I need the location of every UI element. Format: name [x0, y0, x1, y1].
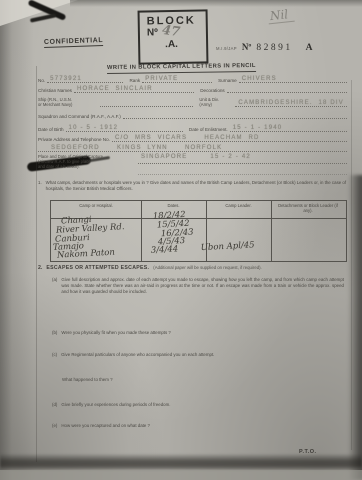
question-2d-text: Give briefly your experiences during per… [61, 402, 170, 408]
field-ship-label: Ship (R.N., U.S.N. or Merchant Navy) [38, 97, 100, 107]
field-dob-line: 10 - 5 - 1912 [66, 125, 183, 132]
field-enlist-label: Date of Enlistment. [183, 127, 230, 132]
field-unit-value: CAMBRIDGESHIRE. 18 DIV [238, 100, 344, 106]
question-2-number: 2. [38, 265, 46, 271]
row-squadron: Squadron and Command (R.A.F., A.A.F.) [38, 114, 347, 119]
question-1-number: 1. [38, 180, 46, 192]
field-capture-label: Place and Date of Original Capture (Airc… [38, 154, 138, 169]
left-fold-crease [36, 66, 37, 462]
question-2c-followup: What happened to them ? [62, 377, 344, 383]
question-1: 1. What camps, detachments or hospitals … [38, 180, 347, 192]
question-2a: (a) Give full description and approx. da… [52, 277, 344, 295]
field-decorations-label: Decorations [194, 88, 227, 93]
right-edge-shadow [348, 175, 362, 480]
field-surname-label: Surname [212, 78, 239, 83]
field-surname-line: CHIVERS [239, 76, 347, 83]
field-surname-value: CHIVERS [242, 76, 277, 82]
field-ship-line [100, 106, 193, 107]
top-edge-shadow [70, 0, 362, 7]
pencil-instruction-heading: WRITE IN BLOCK CAPITAL LETTERS IN PENCIL [107, 63, 256, 74]
question-2a-label: (a) [52, 277, 61, 295]
stamp-suffix: .A. [165, 38, 206, 50]
question-2b-label: (b) [52, 330, 61, 336]
camps-table: Camp or Hospital. Dates. Camp Leader. De… [50, 200, 347, 262]
field-no-line: 5773921 [47, 76, 123, 83]
field-squadron-line [123, 118, 347, 119]
bottom-edge-shadow [0, 454, 362, 470]
table-header-camp: Camp or Hospital. [51, 203, 141, 208]
row-ship-unit: Ship (R.N., U.S.N. or Merchant Navy) Uni… [38, 97, 347, 107]
question-2a-text: Give full description and approx. date o… [61, 277, 344, 295]
row-number-rank-surname: No. 5773921 Rank PRIVATE Surname CHIVERS [38, 76, 347, 83]
question-2c-label: (c) [52, 352, 61, 358]
question-2b: (b) Were you physically fit when you mad… [52, 330, 344, 336]
camp-date-handwritten: 3/4/44 [151, 244, 179, 255]
field-address-value-2: SEDGEFORD KINGS LYNN NORFOLK [41, 145, 222, 151]
question-2e-text: How were you recaptured and on what date… [61, 423, 150, 429]
serial-suffix: A [306, 43, 313, 53]
row-address-2: SEDGEFORD KINGS LYNN NORFOLK [38, 145, 347, 152]
field-christian-label: Christian Names [38, 88, 74, 93]
question-2-title: ESCAPES OR ATTEMPTED ESCAPES. [46, 265, 153, 271]
field-no-label: No. [38, 78, 47, 83]
camp-name-handwritten: Nakom Paton [57, 248, 115, 261]
confidential-marking: CONFIDENTIAL [44, 37, 104, 48]
field-address-label: Private Address and Telephone No. [38, 137, 112, 142]
table-header-dates: Dates. [141, 203, 206, 208]
mi9-jap-label: M.I.9/JAP [216, 46, 237, 51]
question-2e-label: (e) [52, 423, 61, 429]
pow-liberation-questionnaire: CONFIDENTIAL BLOCK Nº 47 .A. Nil M.I.9/J… [0, 0, 362, 480]
field-rank-line: PRIVATE [142, 76, 212, 83]
question-2d-label: (d) [52, 402, 61, 408]
field-capture-lines: SINGAPORE 15 - 2 - 42 [138, 154, 347, 175]
field-no-value: 5773921 [50, 76, 82, 82]
serial-no-label: Nº [242, 42, 251, 52]
camp-leader-handwritten: Ubon Apl/45 [201, 240, 255, 253]
question-1-text: What camps, detachments or hospitals wer… [46, 180, 347, 192]
field-christian-line: HORACE SINCLAIR [74, 86, 194, 93]
row-christian-decorations: Christian Names HORACE SINCLAIR Decorati… [38, 86, 347, 93]
stamp-block-number-handwritten: 47 [161, 26, 180, 38]
question-2c: (c) Give Regimental particulars of anyon… [52, 352, 344, 358]
row-dob-enlistment: Date of Birth 10 - 5 - 1912 Date of Enli… [38, 125, 347, 132]
block-number-stamp: BLOCK Nº 47 .A. [138, 9, 209, 64]
field-dob-value: 10 - 5 - 1912 [69, 125, 119, 131]
field-capture-line-1: SINGAPORE 15 - 2 - 42 [138, 154, 347, 164]
question-2c-followup-text: What happened to them ? [62, 377, 113, 383]
question-2e: (e) How were you recaptured and on what … [52, 423, 344, 429]
field-enlist-value: 15 - 1 - 1940 [233, 125, 283, 131]
question-2c-text: Give Regimental particulars of anyone wh… [61, 352, 214, 358]
question-2b-text: Were you physically fit when you made th… [61, 330, 171, 336]
row-address-1: Private Address and Telephone No. C/O MR… [38, 135, 347, 142]
stamp-no-label: Nº [147, 27, 158, 38]
nil-handwritten-note: Nil [267, 7, 295, 25]
bottom-edge-light [0, 470, 362, 480]
row-capture: Place and Date of Original Capture (Airc… [38, 154, 347, 175]
field-capture-value: SINGAPORE 15 - 2 - 42 [141, 154, 251, 160]
field-christian-value: HORACE SINCLAIR [77, 86, 153, 92]
field-squadron-label: Squadron and Command (R.A.F., A.A.F.) [38, 114, 123, 119]
question-2-note: (Additional paper will be supplied on re… [153, 265, 261, 270]
field-unit-line: CAMBRIDGESHIRE. 18 DIV [235, 100, 347, 107]
field-rank-value: PRIVATE [145, 76, 178, 82]
field-unit-label: Unit & Div. (Army) [193, 97, 235, 107]
ink-scribble-mark [30, 13, 56, 22]
field-address-line-1: C/O MRS VICARS HEACHAM RD [112, 135, 347, 142]
field-address-value-1: C/O MRS VICARS HEACHAM RD [115, 135, 260, 141]
field-dob-label: Date of Birth [38, 127, 66, 132]
field-enlist-line: 15 - 1 - 1940 [230, 125, 347, 132]
serial-number-line: M.I.9/JAP Nº 82891 A [216, 42, 312, 53]
field-decorations-line [227, 92, 347, 93]
question-2-heading: 2. ESCAPES OR ATTEMPTED ESCAPES. (Additi… [38, 265, 347, 271]
serial-number: 82891 [256, 43, 292, 53]
question-2d: (d) Give briefly your experiences during… [52, 402, 344, 408]
field-capture-line-2 [138, 165, 347, 175]
field-address-line-2: SEDGEFORD KINGS LYNN NORFOLK [38, 145, 347, 152]
field-rank-label: Rank [123, 78, 142, 83]
